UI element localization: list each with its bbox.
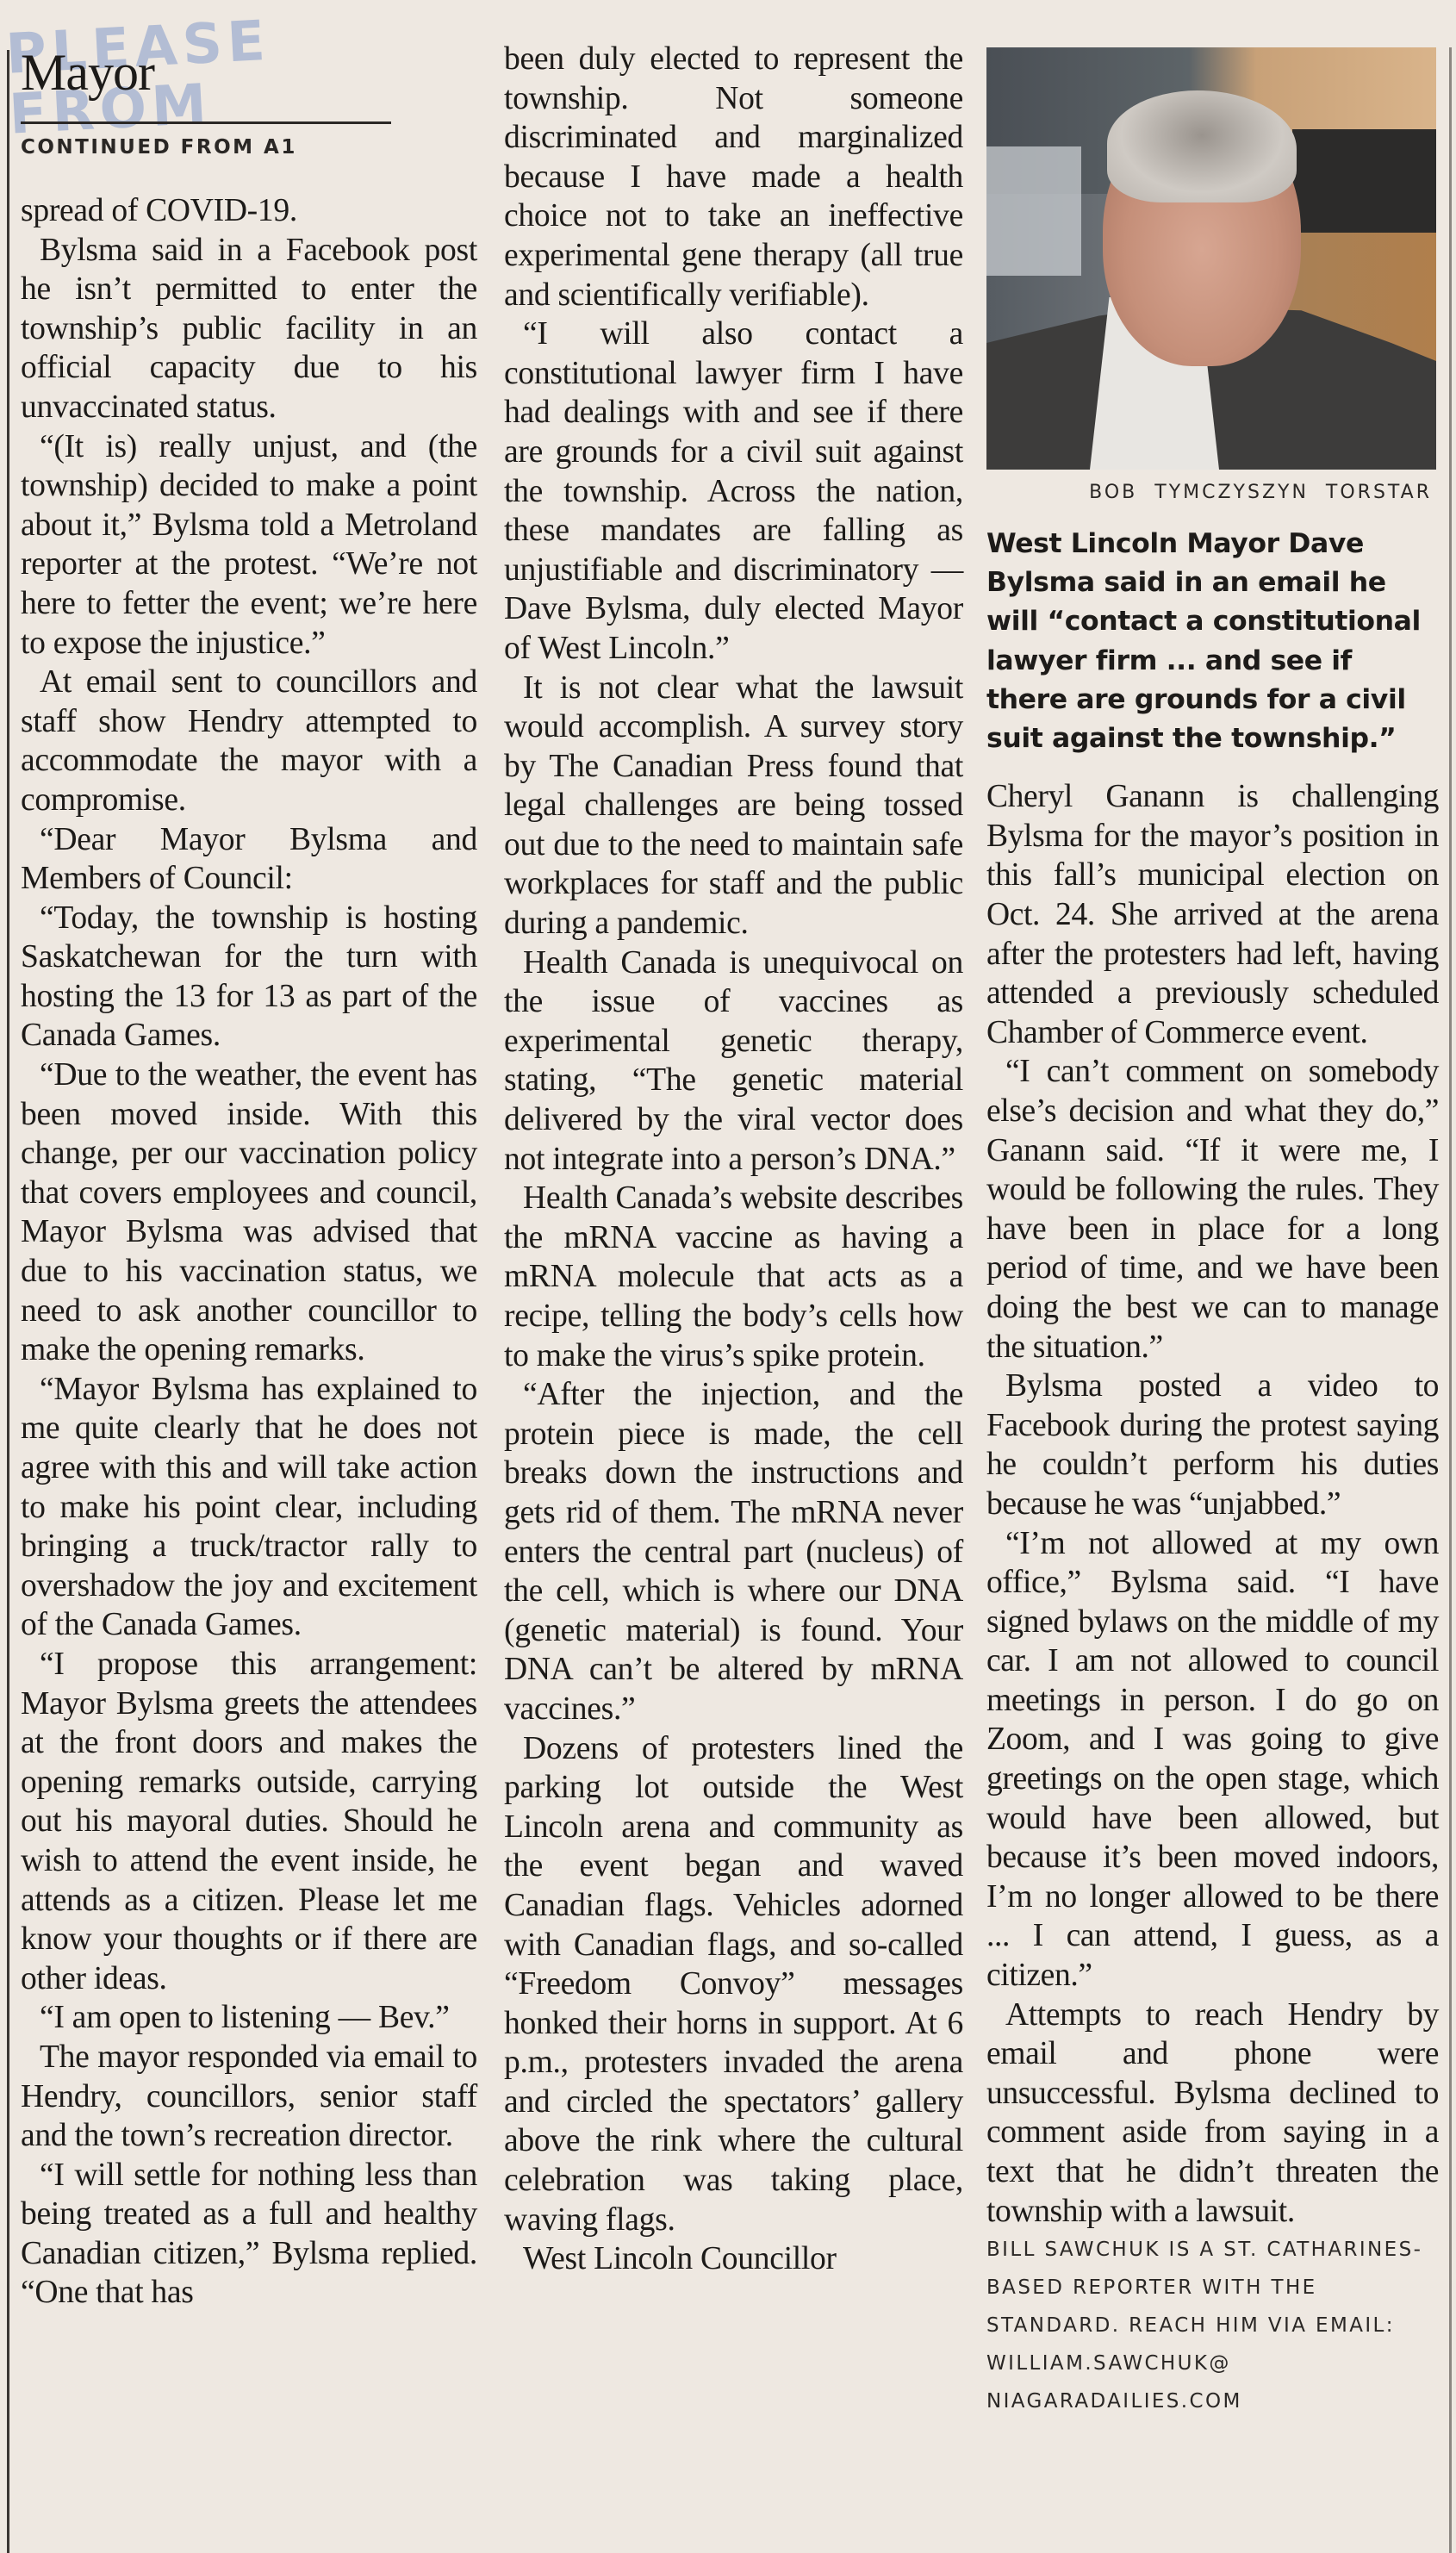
paragraph: “Mayor Bylsma has explained to me quite … [21, 1370, 477, 1645]
paragraph: “I’m not allowed at my own office,” Byls… [986, 1524, 1439, 1996]
jump-label: CONTINUED FROM A1 [21, 136, 477, 191]
newspaper-clipping: PLEASE FROM Mayor CONTINUED FROM A1 spre… [0, 0, 1456, 2553]
paragraph: Attempts to reach Hendry by email and ph… [986, 1996, 1439, 2232]
headline-rule [21, 121, 391, 124]
paragraph: “I will settle for nothing less than bei… [21, 2156, 477, 2313]
headline-text: Mayor [21, 44, 154, 101]
photo-monitor-shape [986, 146, 1081, 276]
paragraph: “After the injection, and the protein pi… [504, 1375, 963, 1728]
paragraph: spread of COVID-19. [21, 191, 477, 231]
paragraph: Cheryl Ganann is challenging Bylsma for … [986, 777, 1439, 1052]
paragraph: “I can’t comment on somebody else’s deci… [986, 1052, 1439, 1367]
paragraph: West Lincoln Councillor [504, 2239, 963, 2279]
mayor-photo [986, 47, 1436, 470]
paragraph: “I am open to listening — Bev.” [21, 1998, 477, 2038]
body-text: been duly elected to represent the towns… [504, 40, 963, 2279]
column-rule-right [1449, 47, 1452, 2553]
photo-credit: BOB TYMCZYSZYN TORSTAR [986, 482, 1439, 511]
paragraph: “Dear Mayor Bylsma and Members of Counci… [21, 820, 477, 899]
paragraph: At email sent to councillors and staff s… [21, 663, 477, 819]
author-bio: BILL SAWCHUK IS A ST. CATHARINES-BASED R… [986, 2231, 1439, 2420]
paragraph: Health Canada’s website describes the mR… [504, 1179, 963, 1375]
paragraph: Bylsma said in a Facebook post he isn’t … [21, 231, 477, 427]
paragraph: “(It is) really unjust, and (the townshi… [21, 427, 477, 663]
article-column-1: Mayor CONTINUED FROM A1 spread of COVID-… [21, 0, 477, 2313]
paragraph: “Today, the township is hosting Saskatch… [21, 899, 477, 1055]
paragraph: Health Canada is unequivocal on the issu… [504, 943, 963, 1180]
paragraph: “I will also contact a constitutional la… [504, 314, 963, 668]
photo-hair-shape [1107, 90, 1297, 202]
photo-screen-shape [1292, 129, 1436, 233]
paragraph: The mayor responded via email to Hendry,… [21, 2038, 477, 2156]
headline: Mayor [21, 0, 477, 114]
paragraph: “I propose this arrangement: Mayor Bylsm… [21, 1645, 477, 1998]
paragraph: Bylsma posted a video to Facebook during… [986, 1367, 1439, 1523]
body-text: Cheryl Ganann is challenging Bylsma for … [986, 777, 1439, 2231]
body-text: spread of COVID-19. Bylsma said in a Fac… [21, 191, 477, 2313]
article-column-3: BOB TYMCZYSZYN TORSTAR West Lincoln Mayo… [986, 0, 1439, 2420]
paragraph: been duly elected to represent the towns… [504, 40, 963, 314]
paragraph: “Due to the weather, the event has been … [21, 1055, 477, 1370]
article-column-2: been duly elected to represent the towns… [504, 40, 963, 2279]
paragraph: Dozens of protesters lined the parking l… [504, 1729, 963, 2240]
column-rule-left [7, 50, 9, 2553]
paragraph: It is not clear what the lawsuit would a… [504, 669, 963, 943]
photo-caption: West Lincoln Mayor Dave Bylsma said in a… [986, 525, 1439, 758]
